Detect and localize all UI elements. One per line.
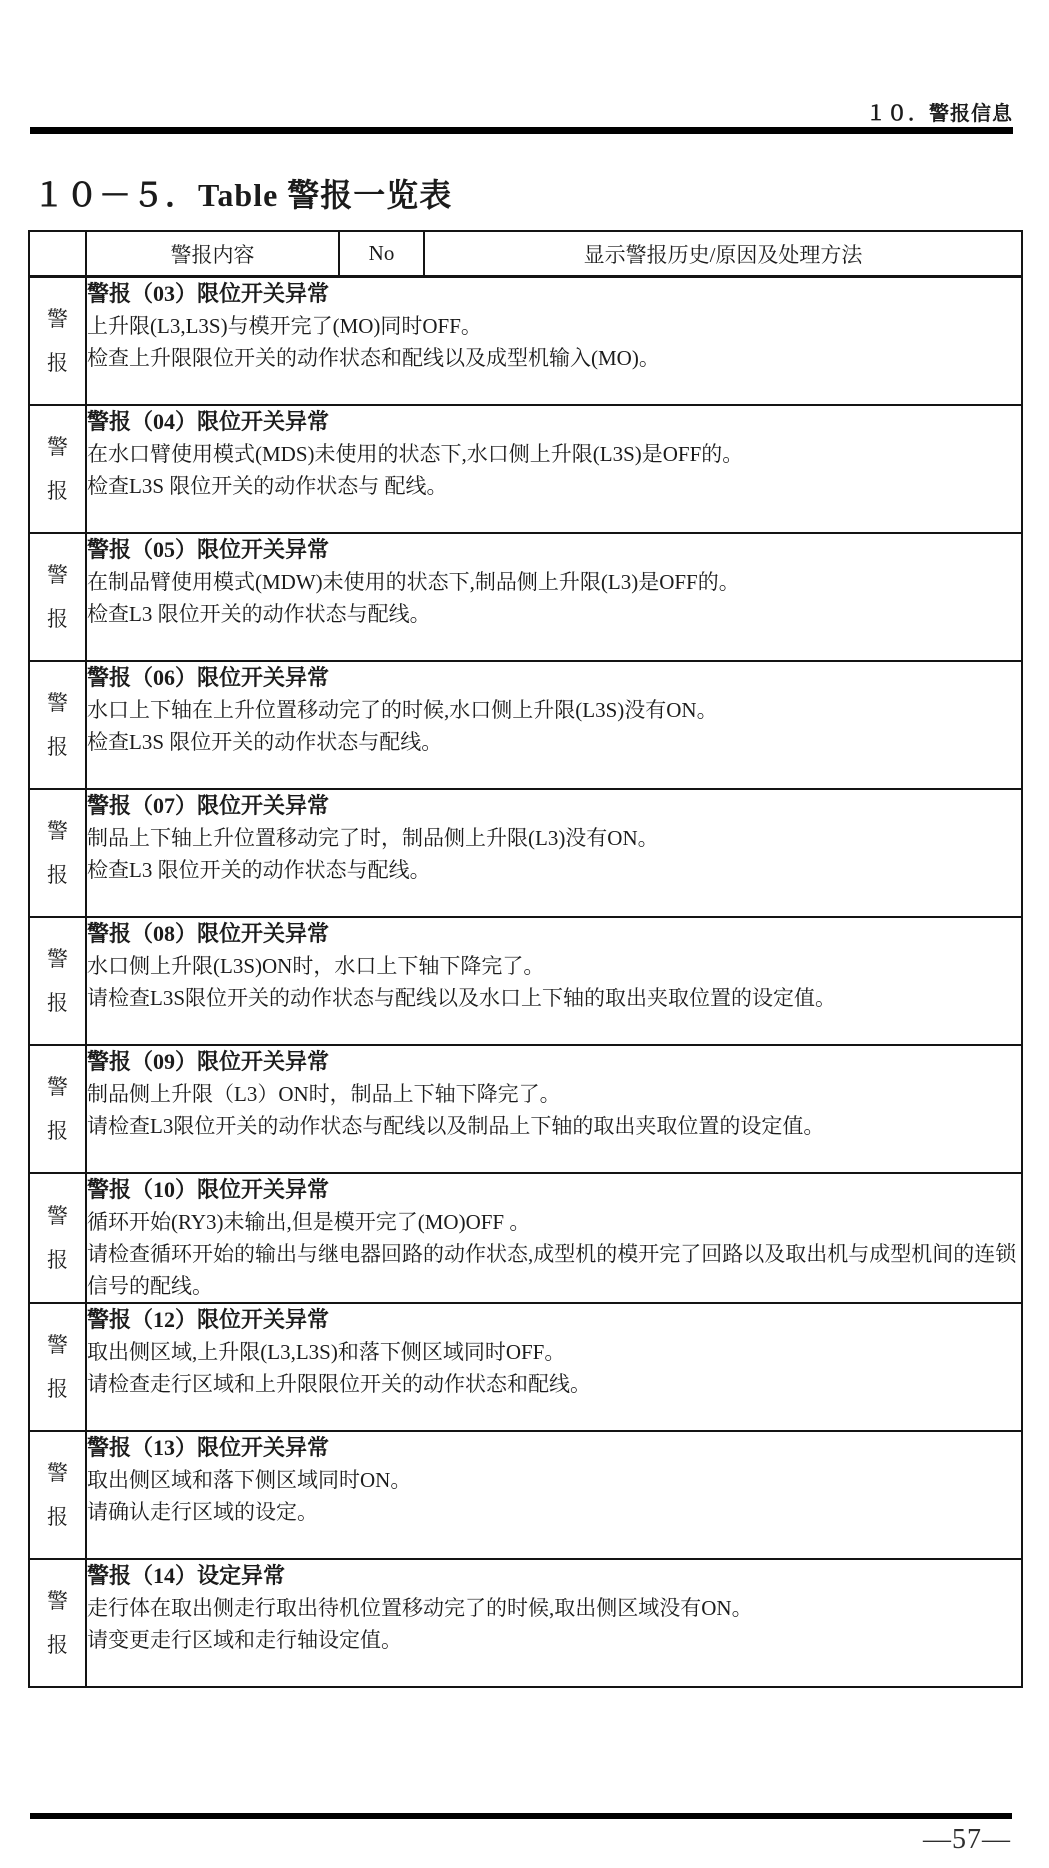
table-row: 警 报 警报（06）限位开关异常 水口上下轴在上升位置移动完了的时候,水口侧上升… [29,661,1022,789]
alarm-title: 警报（04）限位开关异常 [87,406,1021,438]
table-row: 警 报 警报（07）限位开关异常 制品上下轴上升位置移动完了时，制品侧上升限(L… [29,789,1022,917]
row-content: 警报（08）限位开关异常 水口侧上升限(L3S)ON时，水口上下轴下降完了。 请… [86,917,1022,1045]
alarm-cause: 循环开始(RY3)未输出,但是模开完了(MO)OFF 。 [87,1206,1021,1238]
row-side-label: 警 报 [29,789,86,917]
alarm-title: 警报（05）限位开关异常 [87,534,1021,566]
row-side-label: 警 报 [29,533,86,661]
alarm-title: 警报（12）限位开关异常 [87,1304,1021,1336]
alarm-title: 警报（09）限位开关异常 [87,1046,1021,1078]
row-content: 警报（05）限位开关异常 在制品臂使用模式(MDW)未使用的状态下,制品侧上升限… [86,533,1022,661]
alarm-cause: 水口侧上升限(L3S)ON时，水口上下轴下降完了。 [87,950,1021,982]
alarm-remedy: 请确认走行区域的设定。 [87,1496,1021,1528]
side-label-bottom: 报 [30,469,85,513]
side-label-top: 警 [30,1579,85,1623]
table-row: 警 报 警报（10）限位开关异常 循环开始(RY3)未输出,但是模开完了(MO)… [29,1173,1022,1303]
row-content: 警报（09）限位开关异常 制品侧上升限（L3）ON时，制品上下轴下降完了。 请检… [86,1045,1022,1173]
side-label-bottom: 报 [30,1238,85,1282]
alarm-title: 警报（08）限位开关异常 [87,918,1021,950]
side-label-bottom: 报 [30,597,85,641]
alarm-cause: 制品上下轴上升位置移动完了时，制品侧上升限(L3)没有ON。 [87,822,1021,854]
alarm-remedy: 检查上升限限位开关的动作状态和配线以及成型机输入(MO)。 [87,342,1021,374]
alarm-title: 警报（10）限位开关异常 [87,1174,1021,1206]
alarm-cause: 在制品臂使用模式(MDW)未使用的状态下,制品侧上升限(L3)是OFF的。 [87,566,1021,598]
alarm-remedy: 检查L3 限位开关的动作状态与配线。 [87,854,1021,886]
alarm-title: 警报（03）限位开关异常 [87,278,1021,310]
side-label-top: 警 [30,681,85,725]
page-number: —57— [923,1824,1011,1856]
side-label-top: 警 [30,1065,85,1109]
row-side-label: 警 报 [29,1045,86,1173]
alarm-cause: 取出侧区域和落下侧区域同时ON。 [87,1464,1021,1496]
row-side-label: 警 报 [29,1173,86,1303]
side-label-top: 警 [30,1451,85,1495]
row-content: 警报（03）限位开关异常 上升限(L3,L3S)与模开完了(MO)同时OFF。 … [86,277,1022,406]
alarm-cause: 在水口臂使用模式(MDS)未使用的状态下,水口侧上升限(L3S)是OFF的。 [87,438,1021,470]
header-cell-no: No [339,231,424,277]
table-row: 警 报 警报（14）设定异常 走行体在取出侧走行取出待机位置移动完了的时候,取出… [29,1559,1022,1687]
row-content: 警报（12）限位开关异常 取出侧区域,上升限(L3,L3S)和落下侧区域同时OF… [86,1303,1022,1431]
row-content: 警报（07）限位开关异常 制品上下轴上升位置移动完了时，制品侧上升限(L3)没有… [86,789,1022,917]
alarm-cause: 水口上下轴在上升位置移动完了的时候,水口侧上升限(L3S)没有ON。 [87,694,1021,726]
side-label-bottom: 报 [30,725,85,769]
alarm-remedy: 请检查L3S限位开关的动作状态与配线以及水口上下轴的取出夹取位置的设定值。 [87,982,1021,1014]
side-label-top: 警 [30,809,85,853]
side-label-bottom: 报 [30,1109,85,1153]
side-label-bottom: 报 [30,981,85,1025]
footer-rule [30,1813,1012,1819]
row-side-label: 警 报 [29,917,86,1045]
header-cell-method: 显示警报历史/原因及处理方法 [424,231,1022,277]
alarm-remedy: 检查L3S 限位开关的动作状态与配线。 [87,726,1021,758]
alarm-cause: 制品侧上升限（L3）ON时，制品上下轴下降完了。 [87,1078,1021,1110]
header-cell-content: 警报内容 [86,231,339,277]
alarm-title: 警报（14）设定异常 [87,1560,1021,1592]
row-content: 警报（04）限位开关异常 在水口臂使用模式(MDS)未使用的状态下,水口侧上升限… [86,405,1022,533]
table-row: 警 报 警报（09）限位开关异常 制品侧上升限（L3）ON时，制品上下轴下降完了… [29,1045,1022,1173]
side-label-bottom: 报 [30,341,85,385]
side-label-top: 警 [30,425,85,469]
header-rule [30,127,1013,134]
side-label-bottom: 报 [30,853,85,897]
side-label-top: 警 [30,553,85,597]
row-side-label: 警 报 [29,405,86,533]
alarm-title: 警报（13）限位开关异常 [87,1432,1021,1464]
row-content: 警报（13）限位开关异常 取出侧区域和落下侧区域同时ON。 请确认走行区域的设定… [86,1431,1022,1559]
alarm-remedy: 请检查走行区域和上升限限位开关的动作状态和配线。 [87,1368,1021,1400]
table-row: 警 报 警报（04）限位开关异常 在水口臂使用模式(MDS)未使用的状态下,水口… [29,405,1022,533]
table-row: 警 报 警报（05）限位开关异常 在制品臂使用模式(MDW)未使用的状态下,制品… [29,533,1022,661]
table-row: 警 报 警报（03）限位开关异常 上升限(L3,L3S)与模开完了(MO)同时O… [29,277,1022,406]
alarm-cause: 上升限(L3,L3S)与模开完了(MO)同时OFF。 [87,310,1021,342]
alarm-cause: 取出侧区域,上升限(L3,L3S)和落下侧区域同时OFF。 [87,1336,1021,1368]
row-side-label: 警 报 [29,661,86,789]
alarm-title: 警报（07）限位开关异常 [87,790,1021,822]
row-content: 警报（10）限位开关异常 循环开始(RY3)未输出,但是模开完了(MO)OFF … [86,1173,1022,1303]
alarm-title: 警报（06）限位开关异常 [87,662,1021,694]
table-row: 警 报 警报（13）限位开关异常 取出侧区域和落下侧区域同时ON。 请确认走行区… [29,1431,1022,1559]
alarm-table: 警报内容 No 显示警报历史/原因及处理方法 警 报 警报（03）限位开关异常 … [28,230,1023,1688]
alarm-remedy: 请变更走行区域和走行轴设定值。 [87,1624,1021,1656]
header-cell-empty [29,231,86,277]
row-side-label: 警 报 [29,1303,86,1431]
row-content: 警报（14）设定异常 走行体在取出侧走行取出待机位置移动完了的时候,取出侧区域没… [86,1559,1022,1687]
row-side-label: 警 报 [29,277,86,406]
page-header-section-label: １０．警报信息 [866,97,1013,126]
side-label-top: 警 [30,937,85,981]
row-side-label: 警 报 [29,1431,86,1559]
side-label-top: 警 [30,1194,85,1238]
table-row: 警 报 警报（12）限位开关异常 取出侧区域,上升限(L3,L3S)和落下侧区域… [29,1303,1022,1431]
side-label-top: 警 [30,297,85,341]
side-label-bottom: 报 [30,1367,85,1411]
table-header-row: 警报内容 No 显示警报历史/原因及处理方法 [29,231,1022,277]
alarm-remedy: 请检查循环开始的输出与继电器回路的动作状态,成型机的模开完了回路以及取出机与成型… [87,1238,1021,1302]
alarm-remedy: 检查L3S 限位开关的动作状态与 配线。 [87,470,1021,502]
alarm-remedy: 请检查L3限位开关的动作状态与配线以及制品上下轴的取出夹取位置的设定值。 [87,1110,1021,1142]
side-label-top: 警 [30,1323,85,1367]
table-row: 警 报 警报（08）限位开关异常 水口侧上升限(L3S)ON时，水口上下轴下降完… [29,917,1022,1045]
side-label-bottom: 报 [30,1623,85,1667]
alarm-cause: 走行体在取出侧走行取出待机位置移动完了的时候,取出侧区域没有ON。 [87,1592,1021,1624]
row-side-label: 警 报 [29,1559,86,1687]
side-label-bottom: 报 [30,1495,85,1539]
manual-page: １０．警报信息 １０－５．Table 警报一览表 警报内容 No 显示警报历史/… [0,0,1049,1868]
row-content: 警报（06）限位开关异常 水口上下轴在上升位置移动完了的时候,水口侧上升限(L3… [86,661,1022,789]
alarm-remedy: 检查L3 限位开关的动作状态与配线。 [87,598,1021,630]
page-title: １０－５．Table 警报一览表 [33,170,452,216]
